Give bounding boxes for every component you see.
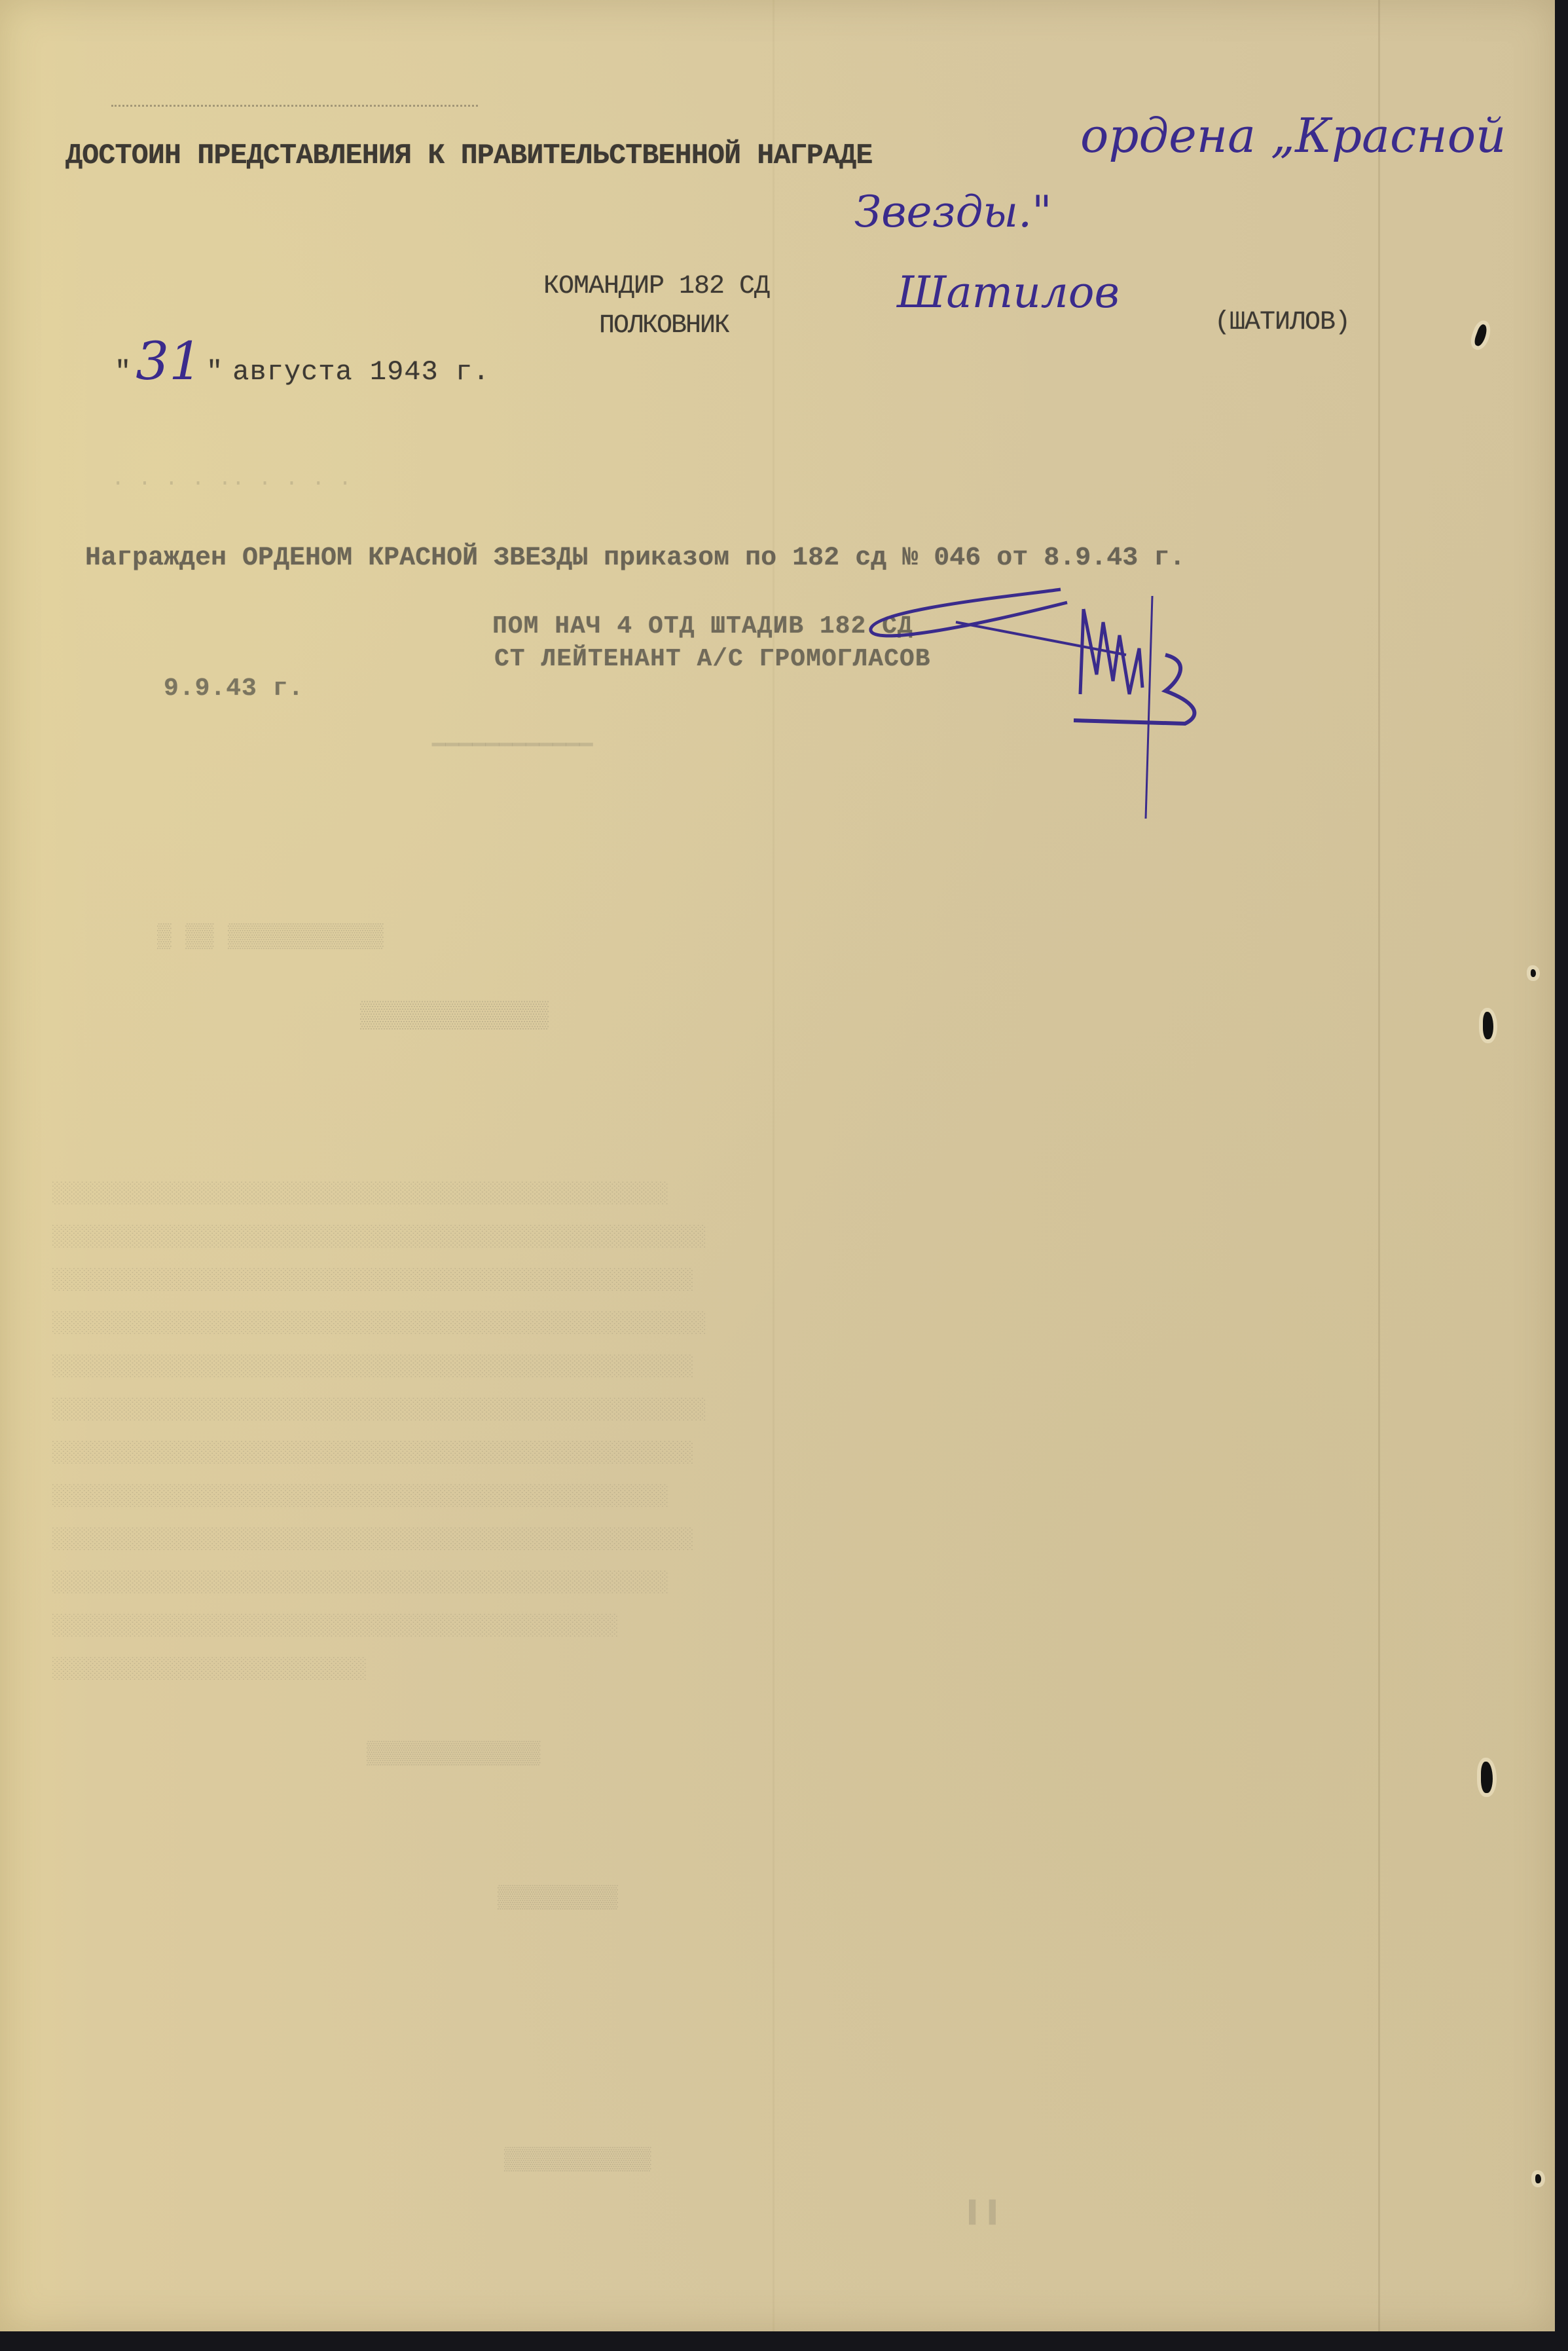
bleed-through-text: ▒▒▒▒▒▒▒▒▒▒▒▒▒	[367, 1742, 540, 1767]
date-line: " 31 " августа 1943 г.	[115, 331, 490, 392]
scan-border-right	[1555, 0, 1568, 2351]
punch-hole	[1481, 1762, 1493, 1793]
paper-fold-line	[1378, 0, 1380, 2331]
handwritten-award-line2: Звезды."	[854, 187, 1052, 237]
bleed-through-text: ▒▒▒▒▒▒▒▒▒	[498, 1886, 618, 1911]
handwritten-award-line1: ордена „Красной	[1080, 108, 1506, 163]
bleed-through-text: ▒ ▒▒ ▒▒▒▒▒▒▒▒▒▒▒	[157, 923, 384, 950]
commander-name: (ШАТИЛОВ)	[1214, 308, 1350, 337]
bleed-through-text: ▁▁▁▁▁▁▁▁▁▁▁▁	[432, 720, 593, 748]
bleed-through-text: ▌▐	[969, 2200, 996, 2225]
bleed-through-text: · · · · ·· · · · ·	[111, 472, 352, 496]
bleed-through-paragraph: ░░░░░░░░░░░░░░░░░░░░░░░░░░░░░░░░░░░░░░░░…	[52, 1172, 1460, 1691]
date-open-quote: "	[115, 356, 132, 388]
document-sheet: ДОСТОИН ПРЕДСТАВЛЕНИЯ К ПРАВИТЕЛЬСТВЕННО…	[0, 0, 1555, 2331]
scan-border-bottom	[0, 2331, 1568, 2351]
punch-hole	[1483, 1012, 1493, 1039]
punch-hole	[1473, 324, 1489, 348]
punch-hole	[1535, 2174, 1541, 2183]
staff-signature-scrawl	[851, 583, 1244, 819]
commander-title: КОМАНДИР 182 СД	[543, 272, 769, 301]
bleed-through-text: ▒▒▒▒▒▒▒▒▒▒▒▒	[360, 1002, 549, 1031]
staff-title-line1: ПОМ НАЧ 4 ОТД ШТАДИВ 182 СД	[492, 612, 913, 640]
award-heading: ДОСТОИН ПРЕДСТАВЛЕНИЯ К ПРАВИТЕЛЬСТВЕННО…	[65, 139, 872, 172]
commander-rank: ПОЛКОВНИК	[599, 311, 729, 341]
commander-signature: Шатилов	[897, 267, 1120, 318]
staff-date: 9.9.43 г.	[164, 675, 304, 703]
punch-hole	[1531, 969, 1536, 977]
date-close-quote: "	[206, 356, 223, 388]
bleed-through-text: ▒▒▒▒▒▒▒▒▒▒▒	[504, 2148, 651, 2173]
faint-top-marks	[111, 105, 478, 112]
date-rest: августа 1943 г.	[232, 356, 490, 388]
date-day-handwritten: 31	[136, 331, 202, 392]
award-order-text: Награжден ОРДЕНОМ КРАСНОЙ ЗВЕЗДЫ приказо…	[85, 544, 1185, 573]
paper-fold-line	[773, 0, 775, 2331]
